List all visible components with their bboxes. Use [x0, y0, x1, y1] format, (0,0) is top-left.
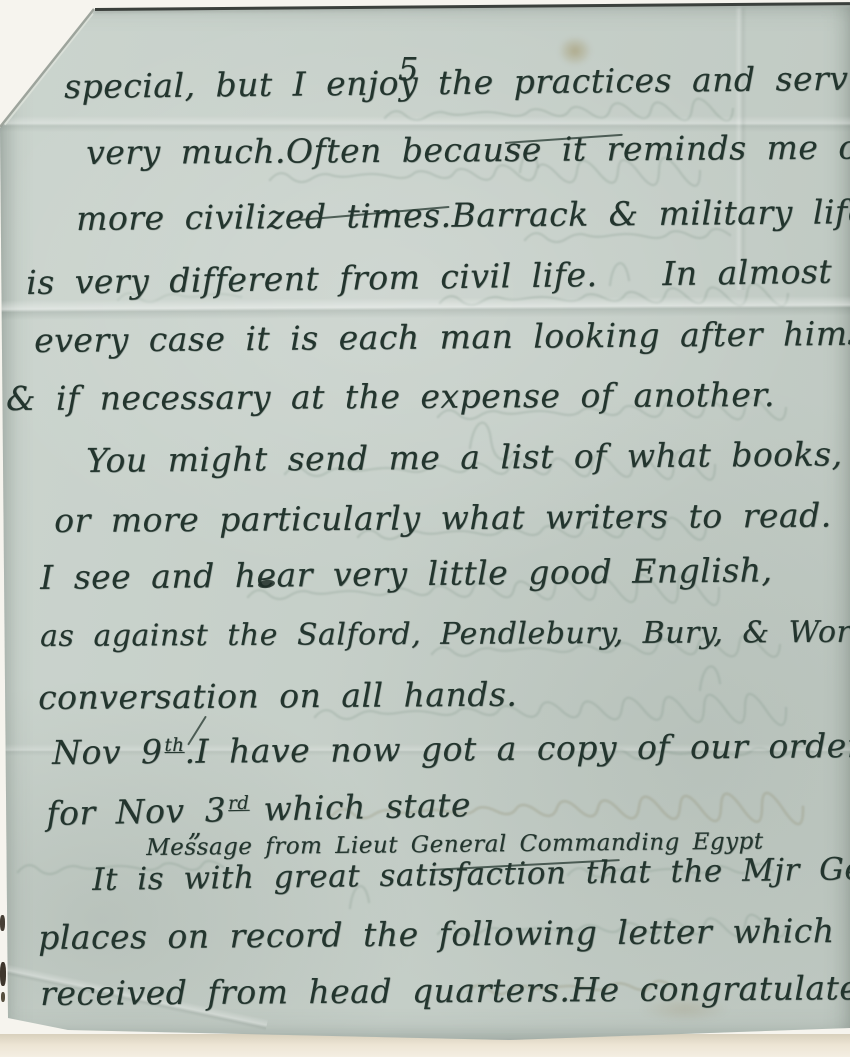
binding-mark	[0, 915, 5, 931]
fold-edge-line	[0, 0, 850, 1057]
binding-mark	[0, 962, 6, 986]
scanned-letter-page: 5 special, but I enjoy the practices and…	[0, 0, 850, 1057]
binding-mark	[1, 992, 5, 1002]
